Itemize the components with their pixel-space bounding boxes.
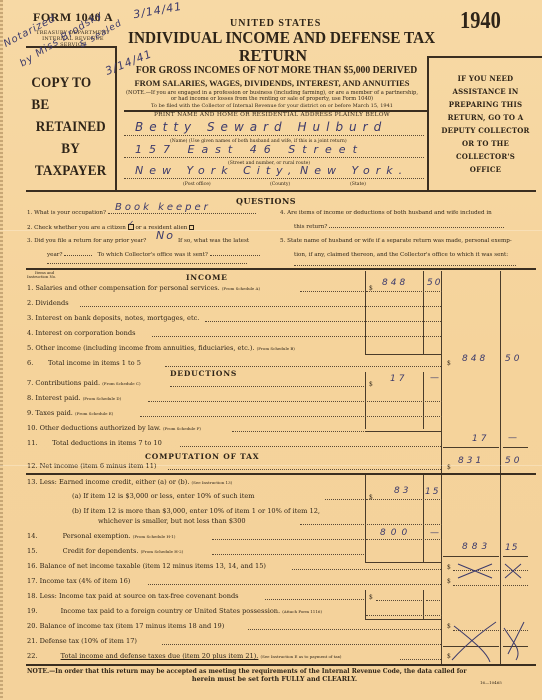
section-computation: COMPUTATION OF TAX <box>145 452 259 461</box>
row-leader[interactable] <box>140 416 442 417</box>
row-label: Income tax (4% of item 16) <box>40 577 131 585</box>
row-leader[interactable] <box>300 524 442 525</box>
total-rule <box>503 556 528 557</box>
crossed-out-mark <box>503 562 523 580</box>
question-4: 4. Are items of income or deductions of … <box>280 210 492 216</box>
form-note: (NOTE.—If you are engaged in a professio… <box>124 90 420 102</box>
form-subtitle-1: FOR GROSS INCOMES OF NOT MORE THAN $5,00… <box>136 65 408 76</box>
assist-line: COLLECTOR'S <box>456 150 515 163</box>
row-leader[interactable] <box>232 431 364 432</box>
col1-cents-border-3 <box>423 475 424 563</box>
row-label: Less: Income tax paid at source on tax-f… <box>40 592 239 600</box>
dollar-sign: $ <box>369 594 373 601</box>
row-sched: (From Schedule H-2) <box>141 549 184 554</box>
column-header: Items and Instruction No. <box>27 271 56 279</box>
row-12: 12. Net income (item 6 minus item 11) <box>27 462 156 470</box>
row-num: 8. <box>27 394 33 402</box>
row-sched: (See Instruction E as to payment of tax) <box>261 654 342 659</box>
questions-title: QUESTIONS <box>236 196 296 206</box>
row-label: Other deductions authorized by law. <box>40 424 161 432</box>
row-14: 14. Personal exemption. (From Schedule H… <box>27 532 175 540</box>
dollar-sign: $ <box>447 564 451 571</box>
subtotal-rule <box>365 562 442 563</box>
form-title: INDIVIDUAL INCOME AND DEFENSE TAX <box>128 29 398 46</box>
row-label: Credit for dependents. <box>63 547 139 555</box>
city-field[interactable] <box>124 178 424 179</box>
row-15: 15. Credit for dependents. (From Schedul… <box>27 547 183 555</box>
row-num: 19. <box>27 607 38 615</box>
row-leader <box>212 539 364 540</box>
row-1-col1-cents[interactable]: 50 <box>427 278 442 288</box>
row-4: 4. Interest on corporation bonds <box>27 329 136 337</box>
row-leader <box>325 499 364 500</box>
dollar-sign: $ <box>447 653 451 660</box>
row-6-col2-cents[interactable]: 50 <box>505 354 522 364</box>
row-sched: (Attach Form 1116) <box>282 609 322 614</box>
row-num: 13. <box>27 478 38 486</box>
row-num: 22. <box>27 652 38 660</box>
fold-crease <box>0 465 542 466</box>
row-leader <box>248 629 441 630</box>
row-num: 7. <box>27 379 33 387</box>
row-19: 19. Income tax paid to a foreign country… <box>27 607 322 615</box>
row-label: Dividends <box>35 299 68 307</box>
row-sched: (From Schedule F) <box>163 426 201 431</box>
amount-line[interactable] <box>503 585 528 586</box>
divider <box>26 473 536 475</box>
row-15-col2-dollars[interactable]: 883 <box>462 542 491 552</box>
row-6-col2-dollars[interactable]: 848 <box>462 354 488 364</box>
q5-field[interactable] <box>294 265 516 266</box>
row-leader <box>265 599 364 600</box>
assist-line: OR TO THE <box>462 137 509 150</box>
row-17: 17. Income tax (4% of item 16) <box>27 577 130 585</box>
row-label: Salaries and other compensation for pers… <box>35 284 219 292</box>
row-leader <box>148 584 441 585</box>
row-leader[interactable] <box>80 306 441 307</box>
row-label: Interest on corporation bonds <box>35 329 135 337</box>
row-10: 10. Other deductions authorized by law. … <box>27 424 201 432</box>
q3-cont: If so, what was the latest <box>178 238 249 244</box>
row-leader <box>180 446 441 447</box>
amount-line[interactable] <box>453 585 499 586</box>
assist-line: ASSISTANCE IN <box>453 85 519 98</box>
copy-line: COPY TO BE <box>31 72 109 116</box>
row-7-col1-cents[interactable]: — <box>430 373 441 383</box>
row-leader[interactable] <box>212 554 364 555</box>
row-label: Total deductions in items 7 to 10 <box>52 439 162 447</box>
footer-note-line2: herein must be set forth FULLY and CLEAR… <box>27 675 522 683</box>
row-9: 9. Taxes paid. (From Schedule E) <box>27 409 113 417</box>
row-label: Total income and defense taxes due (item… <box>61 652 259 660</box>
total-rule <box>503 447 528 448</box>
crossed-out-mark <box>455 562 495 580</box>
taxpayer-state[interactable]: New York. <box>300 164 408 177</box>
question-5: 5. State name of husband or wife if a se… <box>280 238 512 244</box>
q1-field[interactable] <box>108 213 256 214</box>
row-label: Interest paid. <box>35 394 80 402</box>
col-header-2: Instruction No. <box>27 275 56 279</box>
row-18: 18. Less: Income tax paid at source on t… <box>27 592 239 600</box>
row-num: 21. <box>27 637 38 645</box>
col2-left-border <box>441 271 442 665</box>
row-8: 8. Interest paid. (From Schedule D) <box>27 394 121 402</box>
row-6: 6. Total income in items 1 to 5 <box>27 359 141 367</box>
question-5-line2: tion, if any, claimed thereon, and the C… <box>294 252 508 258</box>
row-11: 11. Total deductions in items 7 to 10 <box>27 439 162 447</box>
row-leader[interactable] <box>148 401 442 402</box>
row-num: 2. <box>27 299 33 307</box>
total-rule <box>443 447 499 448</box>
print-instruction: PRINT NAME AND HOME OR RESIDENTIAL ADDRE… <box>124 112 420 118</box>
row-11-col2-cents[interactable]: — <box>508 433 519 443</box>
q3-year-field[interactable] <box>64 255 92 256</box>
assist-line: OFFICE <box>470 163 501 176</box>
q3-office-field[interactable] <box>210 255 260 256</box>
assist-line: DEPUTY COLLECTOR <box>441 124 529 137</box>
taxpayer-city[interactable]: New York City, <box>135 164 297 177</box>
row-num: 1. <box>27 284 33 292</box>
row-num: (b) <box>72 507 81 515</box>
row-label: If item 12 is $3,000 or less, enter 10% … <box>83 492 254 500</box>
copy-line: BY <box>61 138 80 160</box>
form-title-return: RETURN <box>135 46 411 66</box>
amount-line <box>366 539 442 540</box>
row-sched: (See Instruction 13) <box>192 480 233 485</box>
row-num: 14. <box>27 532 38 540</box>
county-label: (County) <box>270 182 290 187</box>
fold-crease <box>0 230 542 231</box>
row-20: 20. Balance of income tax (item 17 minus… <box>27 622 224 630</box>
row-sched: (From Schedule B) <box>257 346 295 351</box>
copy-line: TAXPAYER <box>35 160 107 182</box>
q1-label: 1. What is your occupation? <box>27 210 106 216</box>
assist-line: IF YOU NEED <box>458 72 514 85</box>
row-leader <box>300 291 364 292</box>
assist-line: RETURN, GO TO A <box>448 111 524 124</box>
occupation-answer[interactable]: Book keeper <box>115 202 211 213</box>
row-label: Contributions paid. <box>35 379 100 387</box>
dollar-sign: $ <box>447 578 451 585</box>
row-num: 5. <box>27 344 33 352</box>
crossed-out-mark <box>502 620 528 662</box>
copy-line: RETAINED <box>35 116 105 138</box>
crossed-out-mark <box>450 620 500 662</box>
assist-line: PREPARING THIS <box>449 98 522 111</box>
row-num: 15. <box>27 547 38 555</box>
amount-line <box>366 291 442 292</box>
row-label: Balance of income tax (item 17 minus ite… <box>40 622 225 630</box>
row-label: Income tax paid to a foreign country or … <box>61 607 281 615</box>
name-field[interactable] <box>124 135 424 136</box>
amount-line[interactable] <box>426 600 440 601</box>
row-sched: (From Schedule A) <box>222 286 260 291</box>
amount-line <box>366 499 442 500</box>
row-label: Other income (including income from annu… <box>35 344 254 352</box>
section-income: INCOME <box>186 273 228 282</box>
row-13b: (b) If item 12 is more than $3,000, ente… <box>72 507 320 515</box>
row-7-col1-dollars[interactable]: 17 <box>390 374 407 384</box>
question-3: 3. Did you file a return for any prior y… <box>27 238 249 244</box>
row-21: 21. Defense tax (10% of item 17) <box>27 637 137 645</box>
row-22: 22. Total income and defense taxes due (… <box>27 652 342 660</box>
amount-line[interactable] <box>376 600 422 601</box>
row-label: Total income in items 1 to 5 <box>48 359 141 367</box>
divider <box>26 190 536 192</box>
street-field[interactable] <box>124 157 424 158</box>
q4-field[interactable] <box>329 227 504 228</box>
row-leader[interactable] <box>205 321 441 322</box>
subtotal-rule <box>365 431 442 432</box>
torn-left-edge <box>0 0 3 700</box>
state-label: (State) <box>350 182 366 187</box>
row-sched: (From Schedule E) <box>75 411 113 416</box>
row-label: Defense tax (10% of item 17) <box>40 637 137 645</box>
col1-cents-border <box>423 271 424 355</box>
row-num: 20. <box>27 622 38 630</box>
row-13b-line2: whichever is smaller, but not less than … <box>98 517 246 525</box>
section-deductions: DEDUCTIONS <box>170 369 237 378</box>
row-num: (a) <box>72 492 81 500</box>
row-num: 10. <box>27 424 38 432</box>
row-sched: (From Schedule C) <box>102 381 140 386</box>
row-2: 2. Dividends <box>27 299 69 307</box>
row-label: Less: Earned income credit, either (a) o… <box>40 478 190 486</box>
row-label: Interest on bank deposits, notes, mortga… <box>35 314 199 322</box>
row-sched: (From Schedule H-1) <box>133 534 176 539</box>
footer-note: NOTE.—In order that this return may be a… <box>27 667 522 683</box>
row-num: 3. <box>27 314 33 322</box>
filing-deadline: To be filed with the Collector of Intern… <box>124 103 420 109</box>
row-16: 16. Balance of net income taxable (item … <box>27 562 266 570</box>
row-num: 6. <box>27 359 33 367</box>
row-leader <box>170 386 364 387</box>
row-label: Taxes paid. <box>35 409 73 417</box>
row-num: 11. <box>27 439 38 447</box>
taxpayer-street[interactable]: 157 East 46 Street <box>135 143 364 156</box>
row-1-col1-dollars[interactable]: 848 <box>382 278 408 288</box>
row-num: 4. <box>27 329 33 337</box>
check-mark: ✓ <box>128 219 137 228</box>
col1-left-border <box>365 271 366 355</box>
total-rule <box>443 556 499 557</box>
row-leader <box>168 469 441 470</box>
row-sched: (From Schedule D) <box>83 396 121 401</box>
row-leader[interactable] <box>152 336 441 337</box>
taxpayer-name[interactable]: Betty Seward Hulburd <box>135 120 387 134</box>
row-1: 1. Salaries and other compensation for p… <box>27 284 260 292</box>
q3-year-label: year? <box>47 252 62 258</box>
row-num: 9. <box>27 409 33 417</box>
col2-cents-border <box>500 271 501 665</box>
col1-left-border-3 <box>365 475 366 563</box>
subtotal-rule <box>365 354 442 355</box>
row-3: 3. Interest on bank deposits, notes, mor… <box>27 314 199 322</box>
row-14-col1-dollars[interactable]: 800 <box>380 528 412 538</box>
divider <box>26 664 536 666</box>
form-subtitle-2: FROM SALARIES, WAGES, DIVIDENDS, INTERES… <box>124 78 420 88</box>
q3-office-label: To which Collector's office was it sent? <box>98 252 208 258</box>
row-14-col1-cents[interactable]: — <box>430 528 441 538</box>
tax-form-page: FORM 1040 A TREASURY DEPARTMENT INTERNAL… <box>0 0 542 700</box>
post-office-label: (Post office) <box>183 182 211 187</box>
dollar-sign: $ <box>447 360 451 367</box>
row-label: Net income (item 6 minus item 11) <box>40 462 157 470</box>
row-11-col2-dollars[interactable]: 17 <box>472 434 489 444</box>
row-leader <box>400 659 441 660</box>
subtotal-rule <box>365 619 442 620</box>
row-13a-col1-dollars[interactable]: 83 <box>394 486 411 496</box>
row-7: 7. Contributions paid. (From Schedule C) <box>27 379 141 387</box>
question-3-line2: year? To which Collector's office was it… <box>47 252 260 258</box>
row-label: If item 12 is more than $3,000, enter 10… <box>83 507 320 515</box>
dollar-sign: $ <box>369 381 373 388</box>
row-leader <box>165 366 441 367</box>
row-num: 12. <box>27 462 38 470</box>
row-13a-col1-cents[interactable]: 15 <box>425 487 440 497</box>
amount-line[interactable] <box>366 615 442 616</box>
form-number: 16—10465 <box>480 680 502 685</box>
handwritten-date-top: 3/14/41 <box>132 0 183 21</box>
row-num: 17. <box>27 577 38 585</box>
row-num: 18. <box>27 592 38 600</box>
divider <box>26 268 536 270</box>
row-label: Personal exemption. <box>63 532 131 540</box>
row-13: 13. Less: Earned income credit, either (… <box>27 478 232 486</box>
row-num: 16. <box>27 562 38 570</box>
tax-year: 1940 <box>460 8 501 35</box>
row-5: 5. Other income (including income from a… <box>27 344 295 352</box>
footer-note-line1: NOTE.—In order that this return may be a… <box>27 667 497 675</box>
row-13a: (a) If item 12 is $3,000 or less, enter … <box>72 492 255 500</box>
assistance-box: IF YOU NEED ASSISTANCE IN PREPARING THIS… <box>427 56 542 190</box>
row-15-col2-cents[interactable]: 15 <box>505 543 518 553</box>
row-leader <box>162 644 441 645</box>
row-label: Balance of net income taxable (item 12 m… <box>40 562 266 570</box>
row-leader <box>292 569 441 570</box>
q3-label: 3. Did you file a return for any prior y… <box>27 238 146 244</box>
q3-extra-field[interactable] <box>47 263 247 264</box>
